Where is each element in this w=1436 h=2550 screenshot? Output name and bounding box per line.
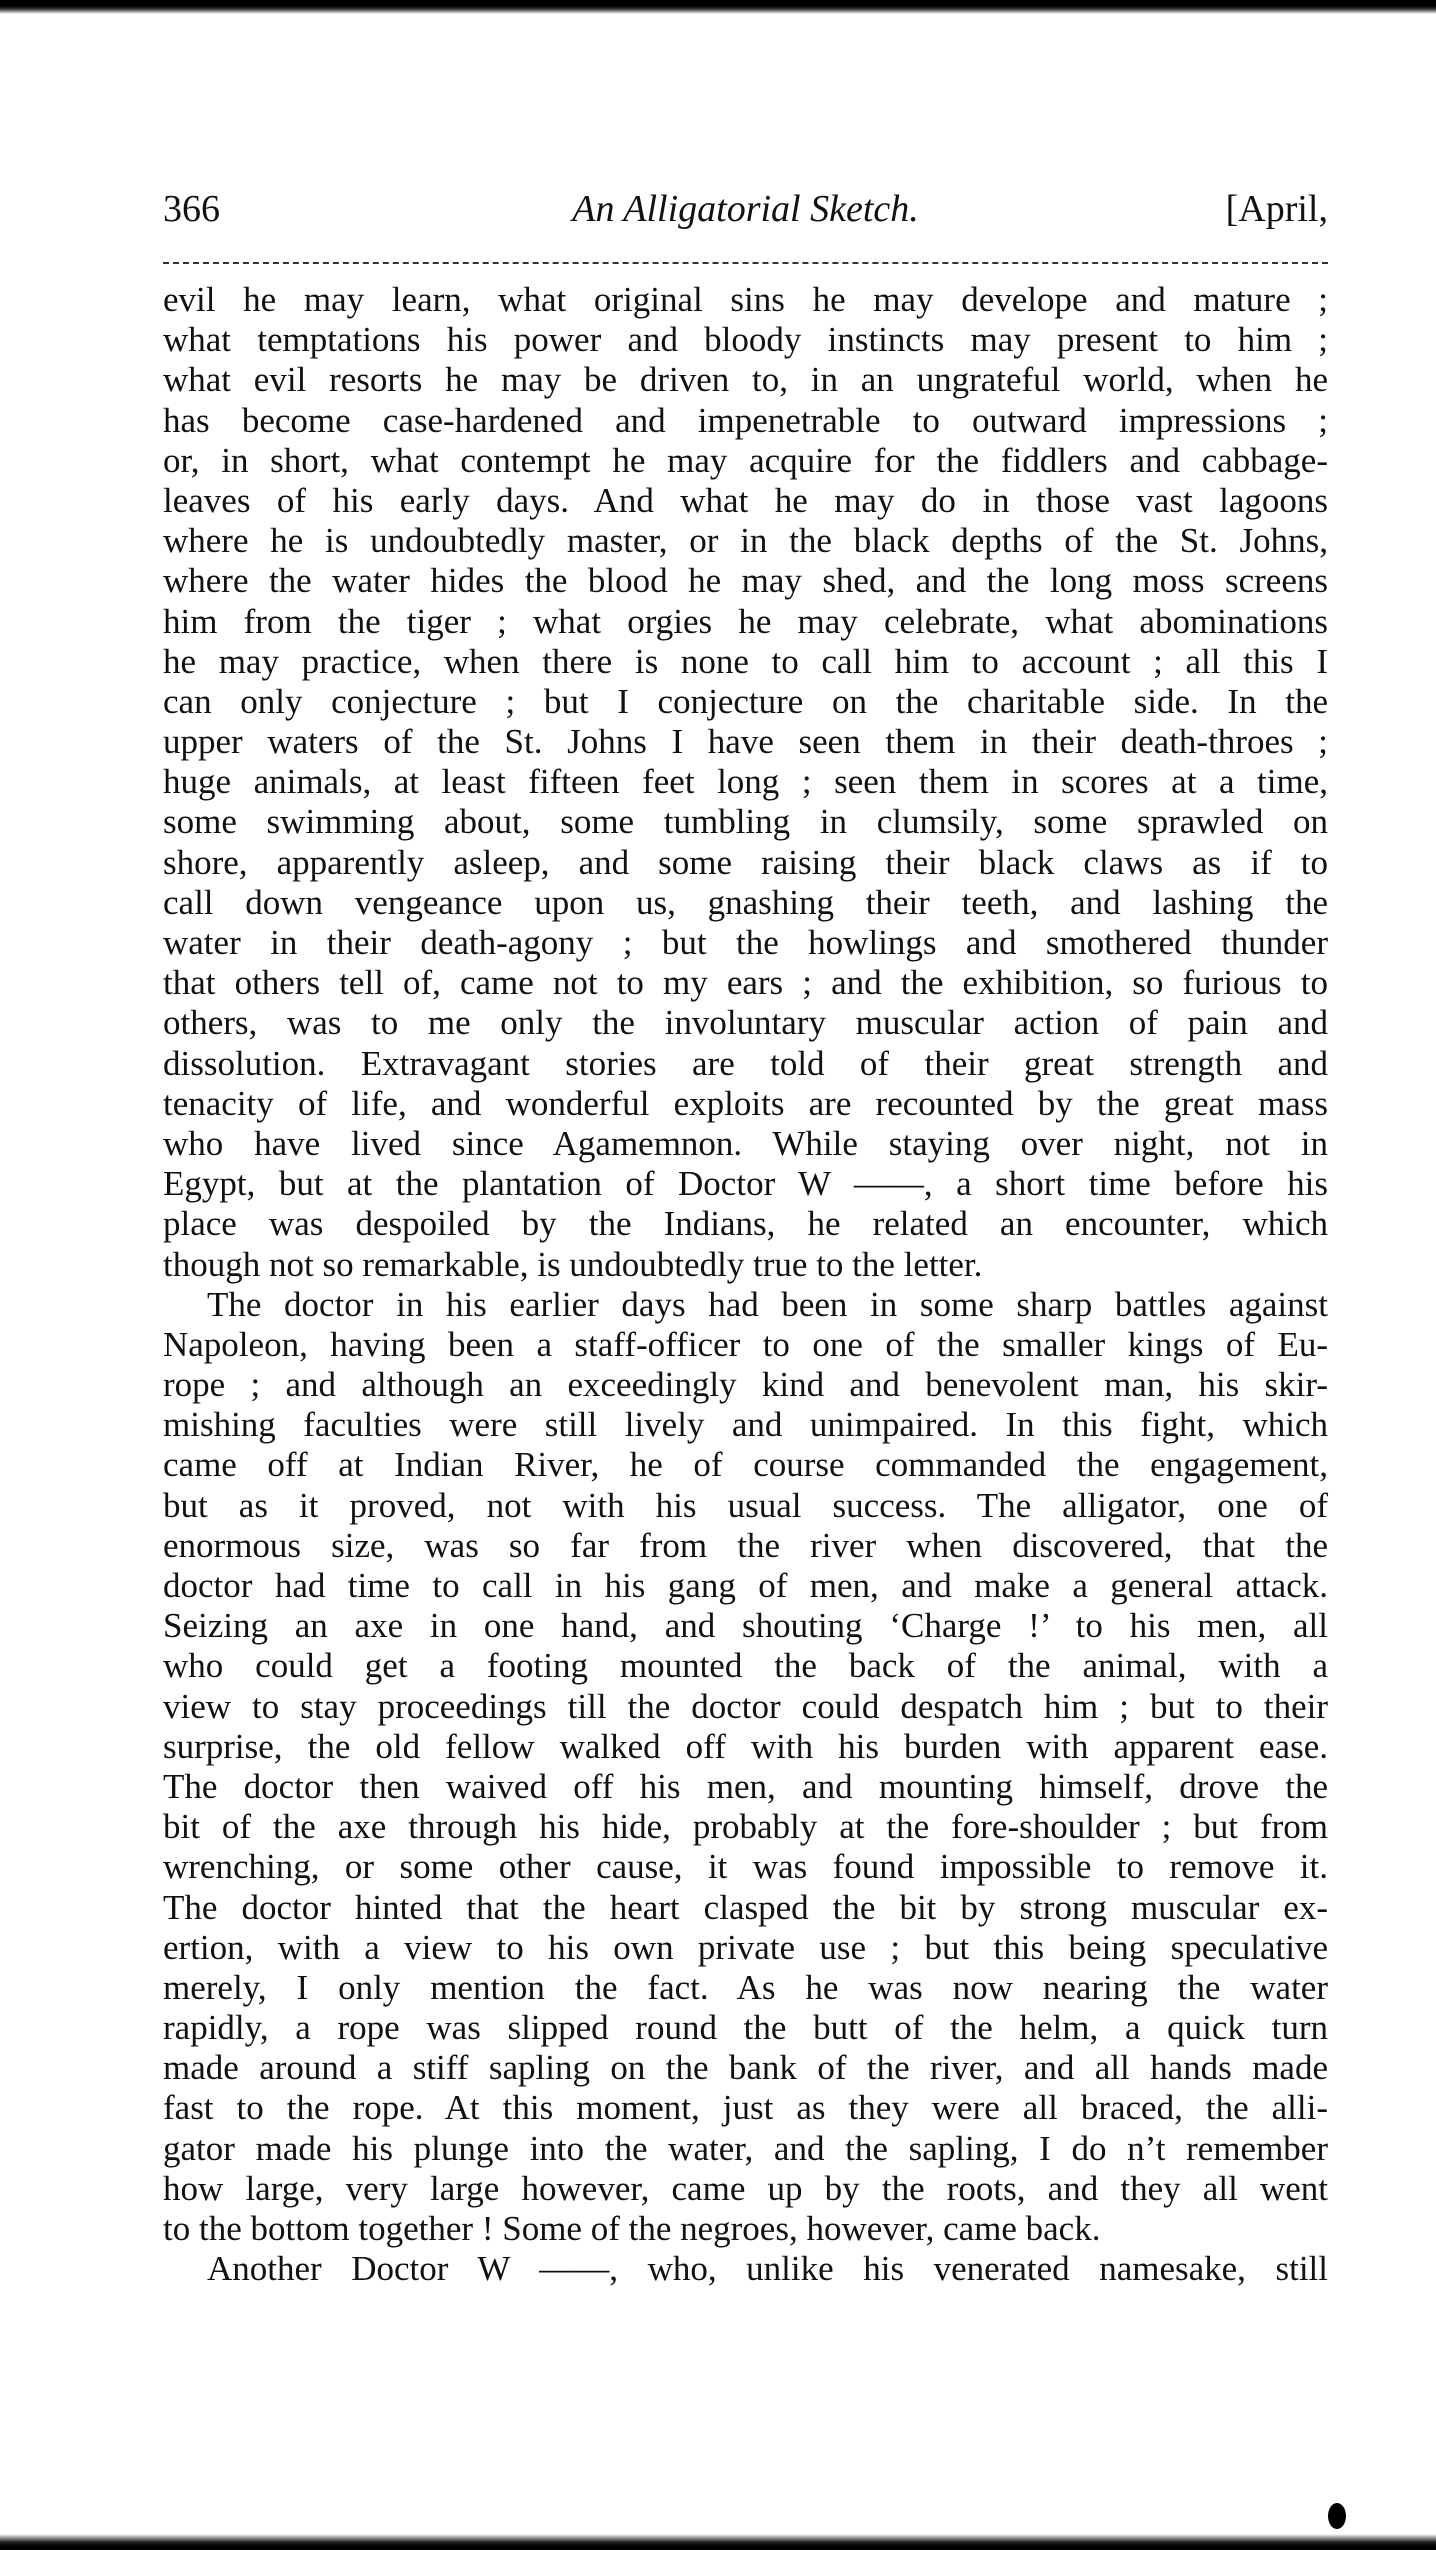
text-line: to the bottom together ! Some of the neg… [163,2209,1328,2249]
issue-month: [April, [1226,184,1328,234]
text-line: evil he may learn, what original sins he… [163,280,1328,320]
text-line: upper waters of the St. Johns I have see… [163,722,1328,762]
text-line: what evil resorts he may be driven to, i… [163,360,1328,400]
text-line: bit of the axe through his hide, probabl… [163,1807,1328,1847]
text-line: where he is undoubtedly master, or in th… [163,521,1328,561]
text-line: that others tell of, came not to my ears… [163,963,1328,1003]
header-rule [163,262,1328,264]
text-line: where the water hides the blood he may s… [163,561,1328,601]
text-line: enormous size, was so far from the river… [163,1526,1328,1566]
text-line: or, in short, what contempt he may acqui… [163,441,1328,481]
text-line: came off at Indian River, he of course c… [163,1445,1328,1485]
text-line: though not so remarkable, is undoubtedly… [163,1245,1328,1285]
text-line: he may practice, when there is none to c… [163,642,1328,682]
paragraph: Another Doctor W ——, who, unlike his ven… [163,2249,1328,2289]
paragraph: The doctor in his earlier days had been … [163,1285,1328,2250]
scan-edge-bottom [0,2534,1436,2550]
text-line: leaves of his early days. And what he ma… [163,481,1328,521]
text-line: him from the tiger ; what orgies he may … [163,602,1328,642]
text-line: The doctor hinted that the heart clasped… [163,1888,1328,1928]
text-line: but as it proved, not with his usual suc… [163,1486,1328,1526]
text-line: how large, very large however, came up b… [163,2169,1328,2209]
text-line: others, was to me only the involuntary m… [163,1003,1328,1043]
text-line: shore, apparently asleep, and some raisi… [163,843,1328,883]
text-line: who have lived since Agamemnon. While st… [163,1124,1328,1164]
text-line: view to stay proceedings till the doctor… [163,1687,1328,1727]
text-line: doctor had time to call in his gang of m… [163,1566,1328,1606]
running-title: An Alligatorial Sketch. [163,184,1328,234]
paragraph: evil he may learn, what original sins he… [163,280,1328,1285]
text-line: who could get a footing mounted the back… [163,1646,1328,1686]
text-line: rope ; and although an exceedingly kind … [163,1365,1328,1405]
article-body: evil he may learn, what original sins he… [163,280,1328,2289]
text-line: surprise, the old fellow walked off with… [163,1727,1328,1767]
text-line: merely, I only mention the fact. As he w… [163,1968,1328,2008]
page-header: 366 An Alligatorial Sketch. [April, [163,184,1328,234]
text-line: rapidly, a rope was slipped round the bu… [163,2008,1328,2048]
text-line: made around a stiff sapling on the bank … [163,2048,1328,2088]
text-line: ertion, with a view to his own private u… [163,1928,1328,1968]
text-line: wrenching, or some other cause, it was f… [163,1847,1328,1887]
text-line: Seizing an axe in one hand, and shouting… [163,1606,1328,1646]
text-line: can only conjecture ; but I conjecture o… [163,682,1328,722]
text-line: mishing faculties were still lively and … [163,1405,1328,1445]
text-line: call down vengeance upon us, gnashing th… [163,883,1328,923]
text-line: Another Doctor W ——, who, unlike his ven… [163,2249,1328,2289]
text-line: Egypt, but at the plantation of Doctor W… [163,1164,1328,1204]
text-line: has become case-hardened and impenetrabl… [163,401,1328,441]
ink-blot [1328,2503,1346,2529]
text-line: tenacity of life, and wonderful exploits… [163,1084,1328,1124]
scan-edge-top [0,0,1436,14]
text-line: The doctor then waived off his men, and … [163,1767,1328,1807]
text-line: dissolution. Extravagant stories are tol… [163,1044,1328,1084]
text-line: huge animals, at least fifteen feet long… [163,762,1328,802]
text-line: fast to the rope. At this moment, just a… [163,2088,1328,2128]
text-line: The doctor in his earlier days had been … [163,1285,1328,1325]
text-line: place was despoiled by the Indians, he r… [163,1204,1328,1244]
text-line: what temptations his power and bloody in… [163,320,1328,360]
text-line: Napoleon, having been a staff-officer to… [163,1325,1328,1365]
text-line: some swimming about, some tumbling in cl… [163,802,1328,842]
text-line: water in their death-agony ; but the how… [163,923,1328,963]
text-line: gator made his plunge into the water, an… [163,2129,1328,2169]
